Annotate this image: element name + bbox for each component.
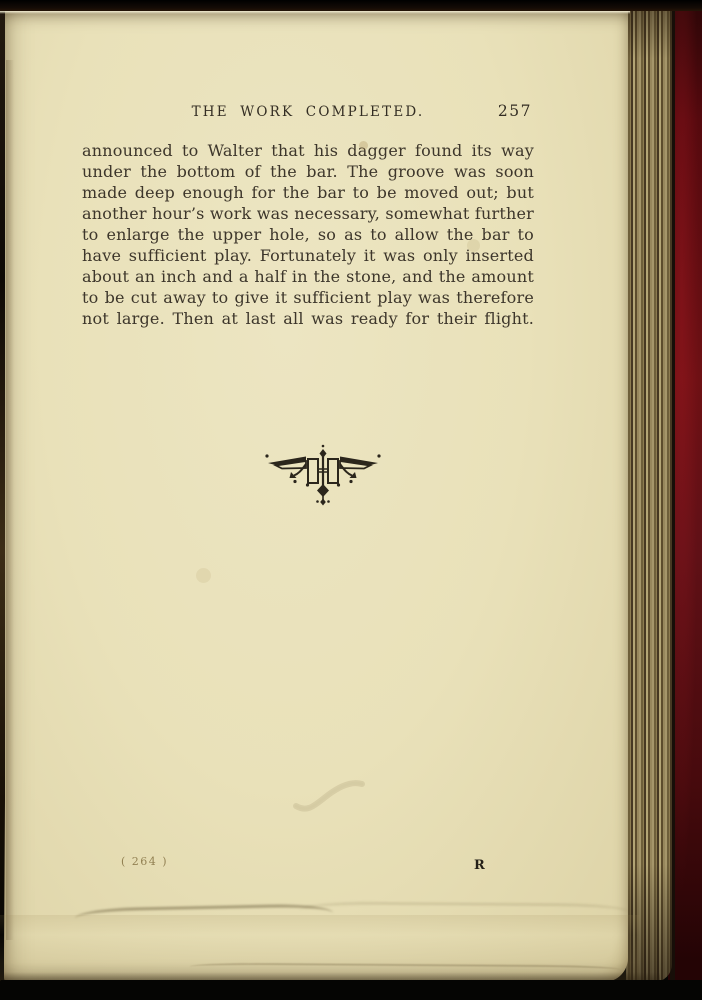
page-stack-fore-edge — [626, 0, 672, 982]
binding-edge-left — [0, 0, 5, 1000]
text-line: about an inch and a half in the stone, a… — [82, 266, 534, 287]
paper-smudge-mark — [284, 773, 379, 818]
text-line: made deep enough for the bar to be moved… — [82, 182, 534, 203]
page-number: 257 — [498, 102, 532, 120]
running-header: THE WORK COMPLETED. 257 — [82, 104, 534, 124]
page-top-edge-highlight — [0, 11, 630, 14]
text-line: to be cut away to give it sufficient pla… — [82, 287, 534, 308]
foxing-spot — [359, 141, 368, 150]
scan-bottom-border — [0, 980, 702, 1000]
text-line: have sufficient play. Fortunately it was… — [82, 245, 534, 266]
running-title: THE WORK COMPLETED. — [82, 104, 534, 120]
text-line: not large. Then at last all was ready fo… — [82, 308, 534, 329]
gutter-shadow — [6, 60, 14, 940]
signature-mark: ( 264 ) — [121, 855, 168, 868]
printers-fleuron-ornament-icon — [264, 444, 382, 506]
book-page: THE WORK COMPLETED. 257 announced to Wal… — [4, 10, 628, 982]
press-mark: R — [474, 858, 485, 873]
text-line: announced to Walter that his dagger foun… — [82, 140, 534, 161]
text-line: under the bottom of the bar. The groove … — [82, 161, 534, 182]
body-paragraph: announced to Walter that his dagger foun… — [82, 140, 534, 329]
text-line: to enlarge the upper hole, so as to allo… — [82, 224, 534, 245]
text-line: another hour’s work was necessary, somew… — [82, 203, 534, 224]
scan-top-border — [0, 0, 702, 11]
book-scan: THE WORK COMPLETED. 257 announced to Wal… — [0, 0, 702, 1000]
